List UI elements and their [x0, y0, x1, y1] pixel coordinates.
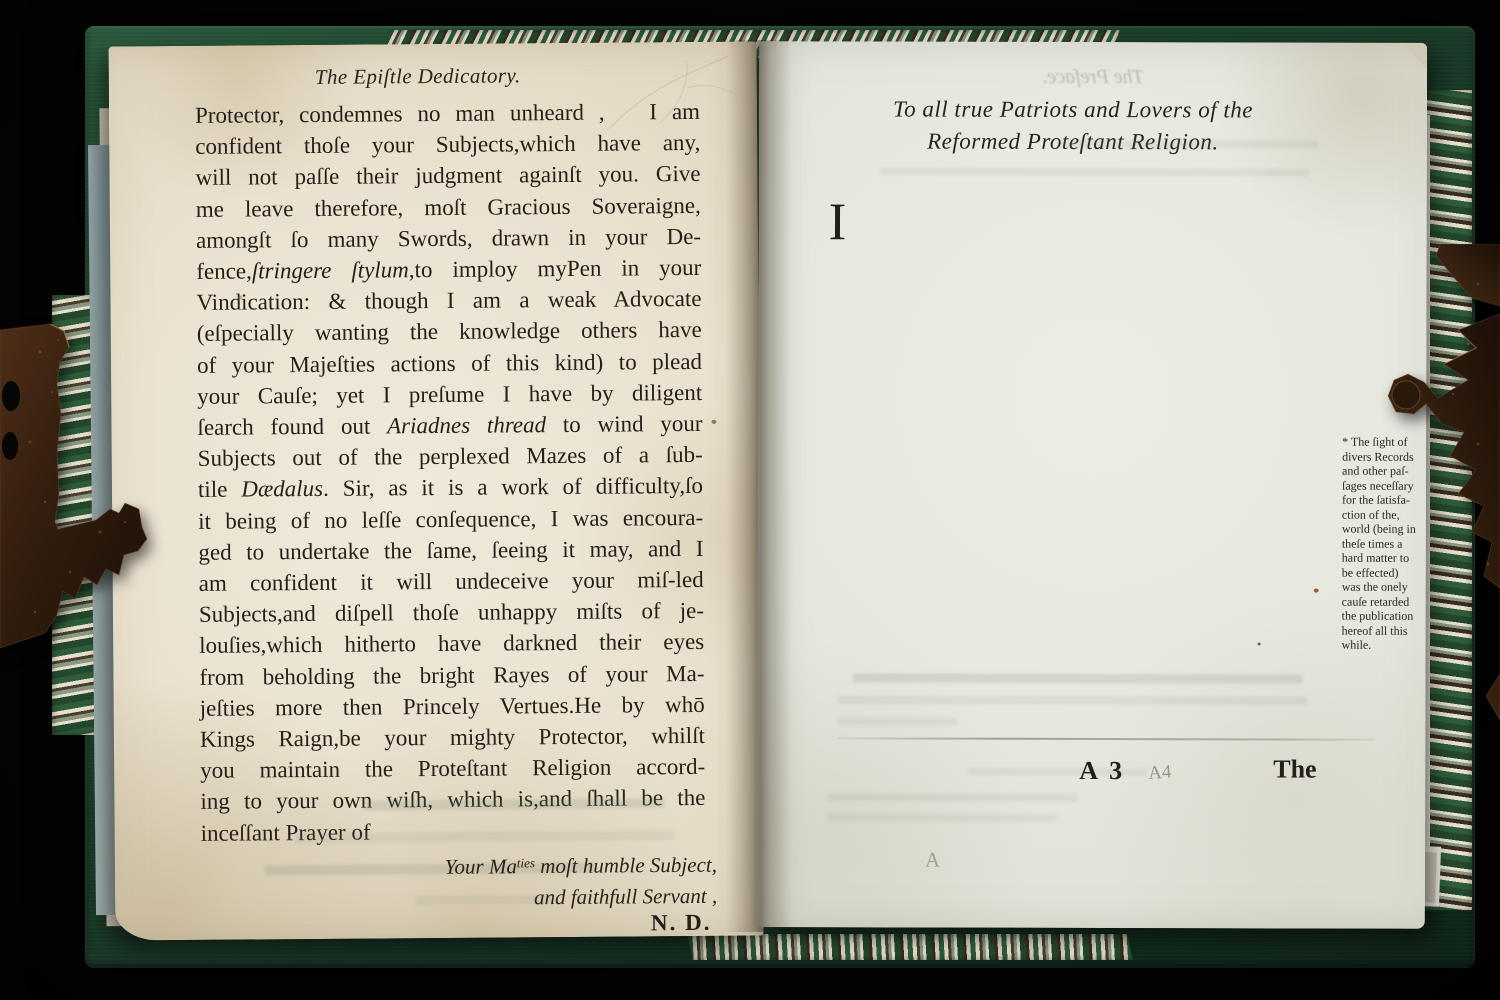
- text-line: Kings Raign,be your mighty Protector, wh…: [200, 720, 705, 755]
- show-through-text: [827, 793, 1077, 802]
- closing-line-2: and faithfull Servant ,: [445, 881, 717, 914]
- horizontal-rule: [837, 737, 1375, 740]
- foxing-speck: [711, 420, 716, 424]
- photograph-of-open-book: The Epiſtle Dedicatory. Protector, conde…: [0, 0, 1500, 1000]
- text-line: you maintain the Proteſtant Religion acc…: [200, 751, 705, 786]
- text-line: me leave therefore, moſt Gracious Sovera…: [196, 190, 701, 225]
- show-through-preface-title: The Preface.: [759, 65, 1427, 90]
- text-line: Vindication: & though I am a weak Advoca…: [196, 283, 701, 318]
- page-title: To all true Patriots and Lovers of the R…: [779, 93, 1367, 159]
- text-line: jeſties more then Princely Vertues.He by…: [200, 689, 705, 724]
- text-line: it being of no leſſe conſequence, I was …: [198, 502, 703, 537]
- text-line: (eſpecially wanting the knowledge others…: [197, 314, 702, 349]
- running-header: The Epiſtle Dedicatory.: [109, 62, 727, 92]
- bronze-clasp-right: [1378, 244, 1500, 720]
- show-through-text: [827, 813, 1057, 822]
- text-line: confident thoſe your Subjects,which have…: [195, 127, 700, 162]
- text-line: from beholding the bright Rayes of your …: [199, 658, 704, 693]
- foxing-speck: [238, 296, 242, 300]
- text-line: of your Majeſties actions of this kind) …: [197, 346, 702, 381]
- text-line: fence,ſtringere ſtylum,to imploy myPen i…: [196, 252, 701, 287]
- left-page-body: Protector, condemnes no man unheard , I …: [195, 96, 706, 849]
- title-line-1: To all true Patriots and Lovers of the: [779, 93, 1367, 127]
- text-line: Subjects,and diſpell thoſe unhappy miſts…: [199, 595, 704, 630]
- pencil-inscription-a4: A4: [1148, 761, 1173, 785]
- show-through-text: [837, 695, 1307, 705]
- drop-cap: I: [829, 197, 856, 244]
- author-initials: N. D.: [651, 910, 712, 936]
- text-line: will not paſſe their judgment againſt yo…: [195, 158, 700, 193]
- text-line: am confident it will undeceive your miſ-…: [199, 564, 704, 599]
- ink-speck: [1258, 642, 1261, 645]
- right-page-body: I: [829, 197, 1341, 245]
- text-line: louſies,which hitherto have darkned thei…: [199, 626, 704, 661]
- catchword: The: [1273, 754, 1316, 784]
- signature-mark: A 3: [1079, 756, 1125, 786]
- text-line: ſearch found out Ariadnes thread to wind…: [197, 408, 702, 443]
- show-through-text: [1059, 140, 1319, 149]
- marbled-endpaper-bottom: [687, 934, 1133, 960]
- show-through-text: [837, 717, 957, 725]
- closing-line-1: Your Maties moſt humble Subject,: [445, 846, 717, 883]
- pencil-inscription-a: A: [925, 848, 940, 873]
- dedication-closing: Your Maties moſt humble Subject, and fai…: [445, 846, 718, 914]
- text-line: tile Dædalus. Sir, as it is a work of di…: [198, 470, 703, 505]
- right-page: The Preface. To all true Patriots and Lo…: [757, 41, 1427, 929]
- left-page: The Epiſtle Dedicatory. Protector, conde…: [108, 41, 763, 940]
- text-line: ged to undertake the ſame, ſeeing it may…: [198, 533, 703, 568]
- text-line: your Cauſe; yet I preſume I have by dili…: [197, 377, 702, 412]
- text-line: Protector, condemnes no man unheard , I …: [195, 96, 700, 131]
- bronze-clasp-left: [0, 322, 152, 656]
- foxing-speck: [1314, 589, 1319, 593]
- show-through-text: [852, 673, 1302, 683]
- text-line: Subjects out of the perplexed Mazes of a…: [198, 439, 703, 474]
- text-line: amongſt ſo many Swords, drawn in your De…: [196, 221, 701, 256]
- show-through-text: [879, 167, 1309, 176]
